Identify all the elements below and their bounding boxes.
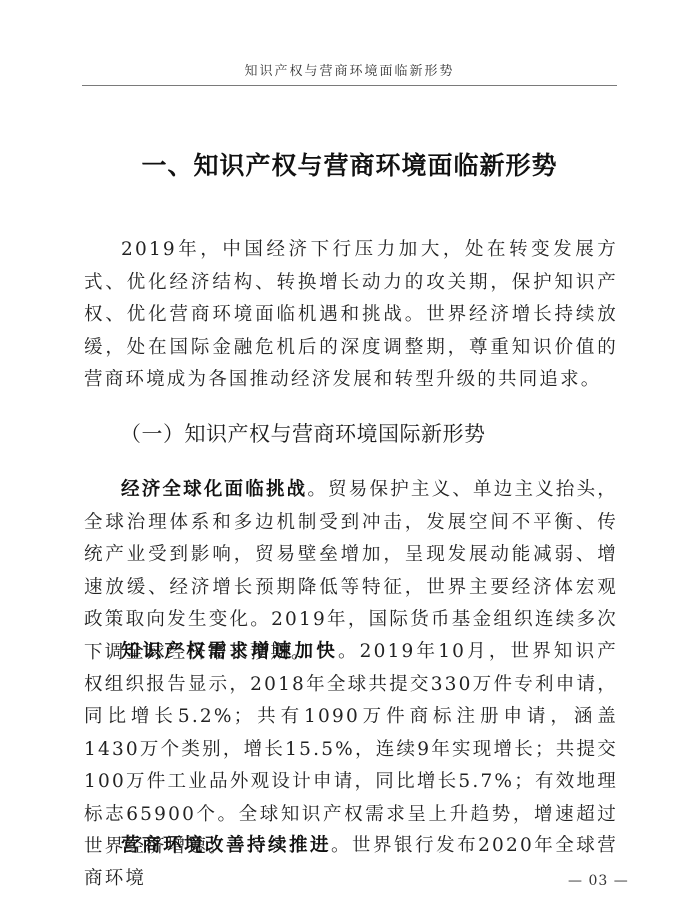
paragraph-body: 。2019年10月，世界知识产权组织报告显示，2018年全球共提交330万件专利… [84, 641, 618, 857]
paragraph-lead: 经济全球化面临挑战 [121, 479, 307, 500]
section-heading: （一）知识产权与营商环境国际新形势 [120, 418, 486, 448]
chapter-title: 一、知识产权与营商环境面临新形势 [0, 146, 699, 182]
paragraph-business-environment: 营商环境改善持续推进。世界银行发布2020年全球营商环境 [84, 830, 618, 895]
paragraph-lead: 知识产权需求增速加快 [121, 641, 338, 662]
paragraph-body: 。贸易保护主义、单边主义抬头，全球治理体系和多边机制受到冲击，发展空间不平衡、传… [84, 479, 618, 663]
intro-paragraph: 2019年，中国经济下行压力加大，处在转变发展方式、优化经济结构、转换增长动力的… [84, 234, 618, 397]
page-number: — 03 — [568, 873, 629, 889]
paragraph-lead: 营商环境改善持续推进 [121, 835, 331, 856]
header-divider [82, 85, 617, 86]
running-header: 知识产权与营商环境面临新形势 [0, 60, 699, 79]
